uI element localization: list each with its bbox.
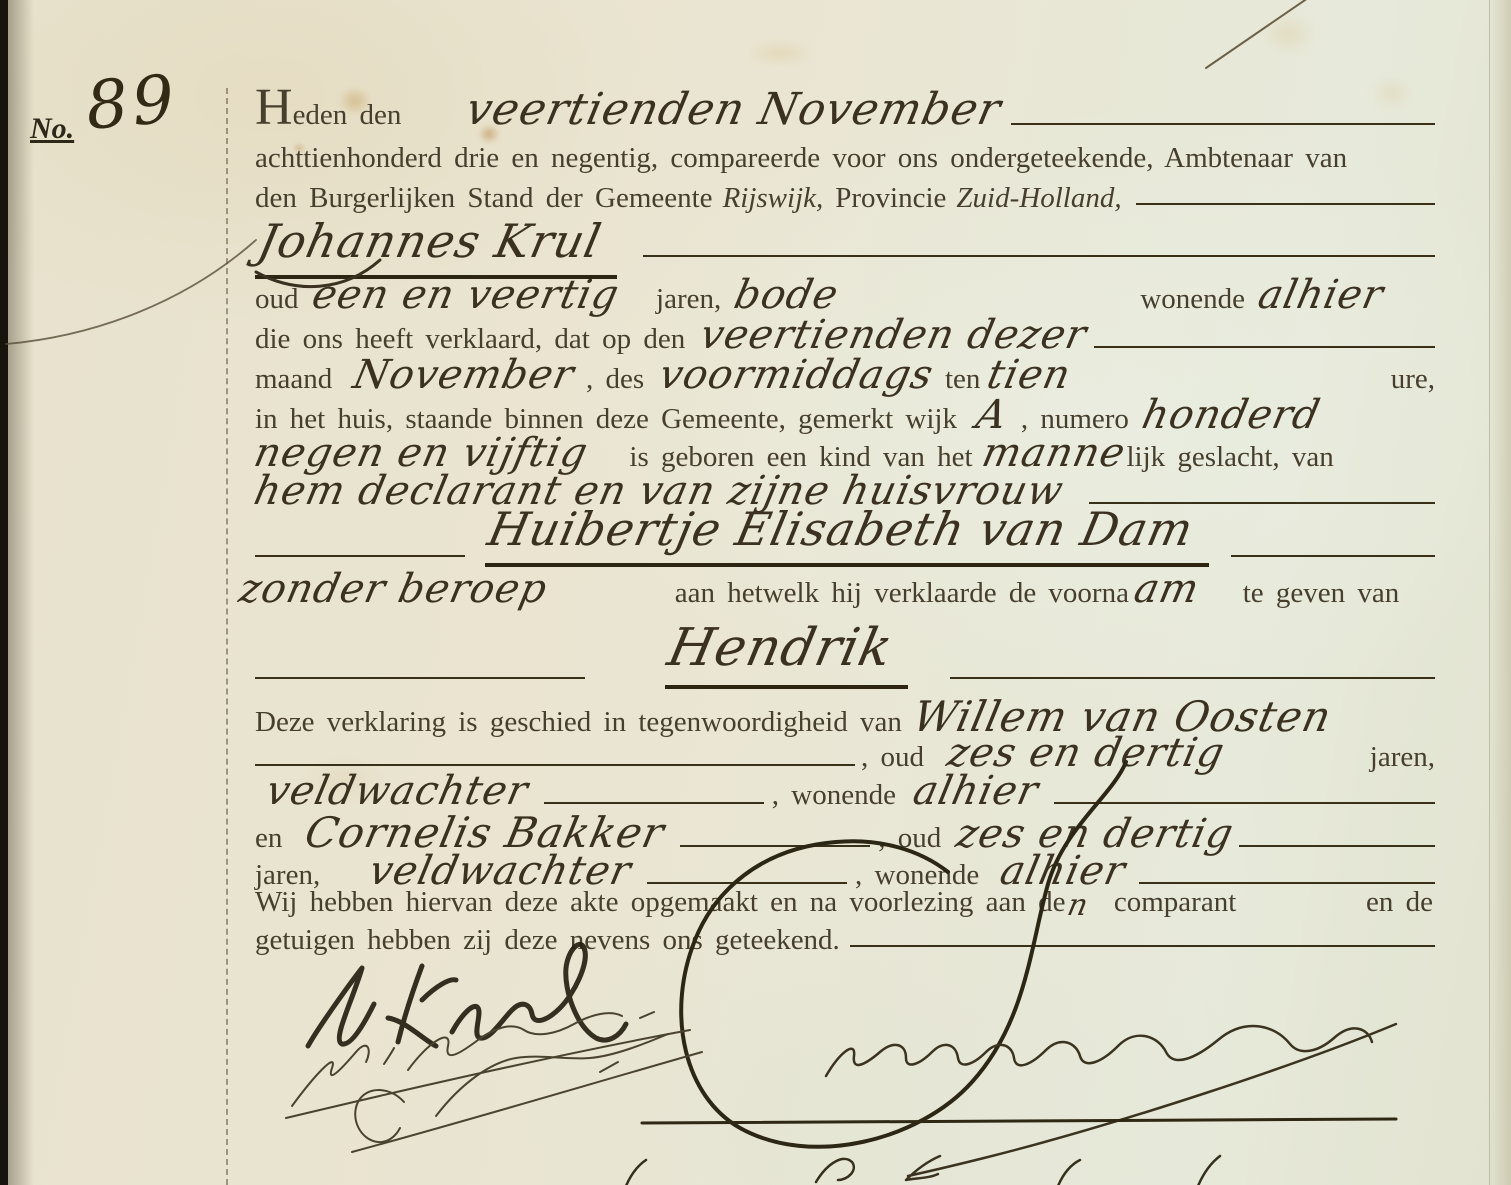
line-year-comparition: achttienhonderd drie en negentig, compar… (255, 142, 1435, 175)
rule-line (643, 255, 1435, 257)
printed-text: den Burgerlijken Stand der Gemeente (255, 182, 713, 215)
line-municipality: den Burgerlijken Stand der Gemeente Rijs… (255, 182, 1435, 215)
page-right-edge-line (1489, 0, 1490, 1185)
handwritten-correction-n: n (1064, 888, 1092, 923)
rule-line (255, 677, 585, 679)
line-closing-1: Wij hebben hiervan deze akte opgemaakt e… (255, 886, 1435, 919)
pen-flourish-name-leadin (6, 240, 256, 344)
declarant-name-underlined: Johannes Krul (255, 214, 617, 279)
rule-line (1136, 203, 1435, 205)
line-date-opening: Heden den veertienden November (255, 84, 1435, 135)
rule-line (255, 555, 465, 557)
printed-text: achttienhonderd drie en negentig, compar… (255, 142, 1347, 175)
printed-text: Wij hebben hiervan deze akte opgemaakt e… (255, 886, 1066, 919)
printed-text: en de (1366, 886, 1433, 919)
rule-line (1054, 802, 1435, 804)
handwritten-mother-name: Huibertje Elisabeth van Dam (483, 502, 1198, 556)
printed-text: Provincie (835, 182, 946, 215)
line-mother-occupation: zonder beroep aan hetwelk hij verklaarde… (240, 566, 1435, 612)
handwritten-child-name: Hendrik (663, 618, 899, 678)
signature-witness1 (286, 1012, 690, 1118)
line-declarant-name: Johannes Krul (255, 214, 1435, 279)
line-closing-2: getuigen hebben zij deze nevens ons gete… (255, 924, 1435, 957)
gutter-shadow (8, 0, 34, 1185)
rule-line (1094, 346, 1435, 348)
printed-text: aan hetwelk hij verklaarde de voorna (675, 577, 1129, 610)
line-mother-name: Huibertje Elisabeth van Dam (255, 502, 1435, 567)
signature-declarant (308, 944, 626, 1046)
page-right-edge-shadow (1489, 0, 1511, 1185)
printed-text: te geven van (1243, 577, 1400, 610)
rule-line (1011, 123, 1435, 125)
handwritten-name-suffix: am (1130, 566, 1204, 612)
handwritten-declarant-name: Johannes Krul (253, 214, 606, 268)
rule-line (680, 845, 870, 847)
pen-stroke-top-right (1206, 0, 1308, 68)
handwritten-date: veertienden November (462, 84, 1006, 135)
rule-line (647, 882, 847, 884)
paper-stain (745, 40, 815, 66)
printed-text: Heden den (255, 87, 401, 132)
rule-line (255, 764, 855, 766)
signature-rule-line (642, 1119, 1396, 1123)
cutoff-strokes-bottom (626, 1156, 1220, 1185)
signature-witness2 (352, 1034, 702, 1152)
page-gutter-edge (0, 0, 8, 1185)
printed-municipality-name: Rijswijk, (723, 182, 824, 215)
act-number: 89 (83, 60, 181, 145)
handwritten-mother-occupation: zonder beroep (235, 566, 552, 612)
mother-name-underlined: Huibertje Elisabeth van Dam (485, 502, 1209, 567)
signature-official (826, 1024, 1396, 1180)
printed-province-name: Zuid-Holland, (956, 182, 1121, 215)
margin-separator-dotted-line (226, 88, 228, 1185)
rule-line (850, 945, 1435, 947)
paper-stain (1262, 14, 1314, 54)
printed-text: getuigen hebben zij deze nevens ons gete… (255, 924, 840, 957)
rule-line (950, 677, 1435, 679)
rule-line (544, 802, 764, 804)
act-number-label: No. (30, 112, 74, 146)
printed-text: comparant (1114, 886, 1236, 919)
rule-line (1239, 845, 1435, 847)
child-name-underlined: Hendrik (665, 618, 908, 689)
birth-certificate-scan: No. 89 Heden den veertienden November ac… (0, 0, 1511, 1185)
rule-line (1139, 882, 1435, 884)
rule-line (1231, 555, 1435, 557)
line-child-name: Hendrik (255, 618, 1435, 689)
